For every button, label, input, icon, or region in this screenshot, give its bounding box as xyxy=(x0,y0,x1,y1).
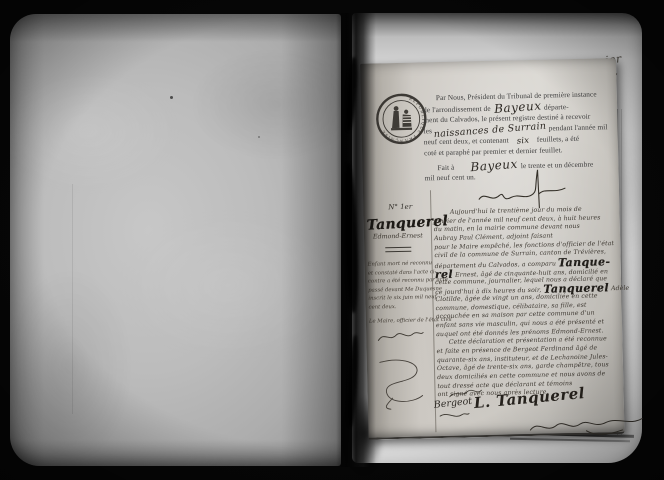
margin-signature-flourish xyxy=(375,325,425,346)
printed-text: pendant l'année mil xyxy=(549,122,608,132)
handwritten-sheet-count: six xyxy=(516,136,529,148)
margin-paraph-flourish xyxy=(372,353,429,412)
paper-speck xyxy=(258,136,260,138)
printed-text: Fait à xyxy=(437,163,454,172)
emphasized-name: Tanquerel xyxy=(543,281,609,295)
witness-underline-flourish xyxy=(438,409,470,422)
emphasized-name: rel xyxy=(435,268,453,281)
margin-given-names: Edmond-Ernest xyxy=(373,232,431,240)
margin-annotation: Enfant mort né reconnuet constaté dans l… xyxy=(368,259,433,312)
archival-scan-photo: Premier RÉPUBLIQUE FRANÇAISE xyxy=(0,0,664,480)
paper-crease xyxy=(72,184,73,414)
register-sheet: RÉPUBLIQUE FRANÇAISE Par Nous, Président… xyxy=(360,58,624,440)
act-body: Aujourd'hui le trentième jour du mois de… xyxy=(433,205,621,400)
margin-rule xyxy=(385,247,411,253)
margin-surname: Tanquerel xyxy=(366,214,431,234)
act-number: N° 1er xyxy=(388,202,430,211)
margin-officer-line: Le Maire, officier de l'état civil xyxy=(369,317,433,324)
left-blank-page xyxy=(10,14,341,466)
emphasized-name: Tanque- xyxy=(558,255,611,269)
margin-column: N° 1er Tanquerel Edmond-Ernest Enfant mo… xyxy=(366,202,435,416)
paper-speck xyxy=(170,96,173,99)
printed-text: les xyxy=(424,126,433,135)
printed-text: feuillets, a été xyxy=(537,134,580,144)
republique-francaise-seal-icon: RÉPUBLIQUE FRANÇAISE xyxy=(375,92,428,145)
officer-signature-flourish xyxy=(526,409,647,440)
handwritten-text: Adèle xyxy=(609,285,629,292)
margin-note-line: inscrit le six juin mil neuf xyxy=(368,294,432,304)
margin-note-line: cent deux. xyxy=(369,302,433,312)
handwritten-place: Bayeux xyxy=(493,100,541,115)
